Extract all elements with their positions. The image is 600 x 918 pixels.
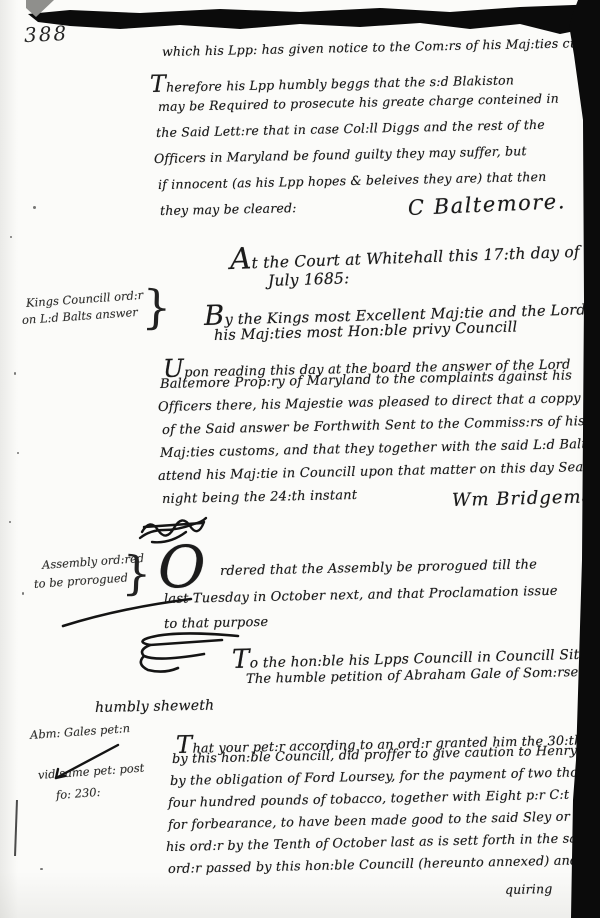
ink-flourish [134, 628, 242, 676]
manuscript-line: by the obligation of Ford Loursey, for t… [170, 765, 600, 789]
ink-speck [17, 452, 19, 454]
manuscript-line: the Said Lett:re that in case Col:ll Dig… [156, 117, 545, 140]
manuscript-line: humbly sheweth [95, 698, 215, 716]
ink-speck [9, 521, 11, 523]
manuscript-line: night being the 24:th instant [162, 488, 358, 507]
manuscript-line: At the Court at Whitehall this 17:th day… [229, 230, 580, 276]
manuscript-line: they may be cleared: [160, 200, 297, 218]
manuscript-line: of the Said answer be Forthwith Sent to … [162, 414, 585, 438]
ink-speck [33, 206, 36, 209]
manuscript-line: July 1685: [268, 269, 350, 290]
stray-ink-stroke [14, 800, 18, 856]
strikethrough-scribble [138, 512, 210, 550]
margin-note-line: fo: 230: [56, 785, 101, 802]
curly-brace-icon: } [141, 284, 172, 331]
manuscript-line: ord:r passed by this hon:ble Councill (h… [168, 852, 600, 877]
ink-speck [22, 592, 24, 595]
manuscript-line: four hundred pounds of tobacco, together… [168, 786, 600, 811]
manuscript-line: Maj:ties customs, and that they together… [160, 436, 600, 461]
manuscript-line: last Tuesday in October next, and that P… [164, 584, 558, 607]
baltimore-signature: C Baltemore. [407, 189, 566, 220]
margin-stroke [52, 740, 124, 782]
manuscript-line: Officers there, his Majestie was pleased… [158, 391, 581, 415]
catchword: quiring [505, 881, 553, 897]
margin-note-line: Abm: Gales pet:n [30, 721, 131, 742]
ink-speck [14, 372, 16, 375]
scan-top-edge [0, 0, 600, 60]
manuscript-line: rdered that the Assembly be prorogued ti… [220, 557, 537, 579]
manuscript-line: attend his Maj:tie in Councill upon that… [158, 460, 600, 484]
margin-note-line: to be prorogued [34, 570, 129, 591]
ink-speck [10, 236, 12, 238]
manuscript-page: 388 which his Lpp: has given notice to t… [0, 0, 600, 918]
manuscript-line: his ord:r by the Tenth of October last a… [166, 831, 590, 855]
manuscript-line: for forbearance, to have been made good … [168, 810, 570, 833]
manuscript-line: Officers in Maryland be found guilty the… [154, 143, 527, 166]
ink-speck [40, 868, 43, 870]
margin-stroke [60, 596, 195, 630]
curly-brace-icon: } [121, 550, 152, 597]
scan-right-edge [560, 0, 600, 918]
manuscript-line: if innocent (as his Lpp hopes & beleives… [158, 169, 547, 192]
